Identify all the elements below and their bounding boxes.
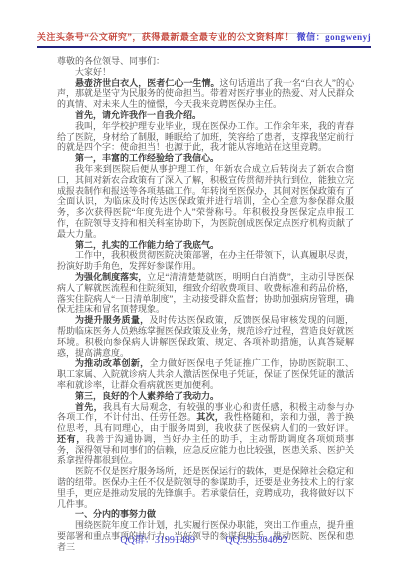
- paragraph-bold-segment: 第一，丰富的工作经验给了我信心。: [75, 153, 219, 163]
- qq-footer: QQ群：31991489 QQ:535304092: [0, 531, 408, 546]
- paragraph: 为强化制度落实，立足“清清楚楚就医，明明白白消费”，主动引导医保病人了解就医流程…: [57, 272, 354, 315]
- paragraph: 第一，丰富的工作经验给了我信心。: [57, 153, 354, 164]
- paragraph-text-segment: 工作中，我积极贯彻医院决策部署，在办主任带领下，认真履职尽责，扮演好助手角色，发…: [57, 250, 354, 271]
- paragraph-bold-segment: 为提升服务质量，: [75, 315, 149, 325]
- paragraph-text-segment: 医院不仅是医疗服务场所，还是医保运行的载体，更是保障社会稳定和谐的纽带。医保办主…: [57, 466, 354, 508]
- promo-header-wechat-text: 微信：gongwenyj: [297, 32, 372, 42]
- paragraph-text-segment: 大家好！: [75, 67, 111, 77]
- paragraph: 悬壶济世白衣人，医者仁心一生情。这句话道出了我一名“白衣人”的心声，那就是坚守为…: [57, 78, 354, 110]
- paragraph: 为推动改革创新，全力做好医保电子凭证推广工作，协助医院职工、职工家属、入院就诊病…: [57, 358, 354, 390]
- qq-number: QQ:535304092: [225, 535, 287, 546]
- paragraph-bold-segment: 悬壶济世白衣人，医者仁心一生情。: [75, 78, 220, 88]
- qq-group-number: QQ群：31991489: [120, 531, 194, 546]
- promo-header: 关注头条号“公文研究”，获得最新最全最专业的公文资料库！ 微信：gongweny…: [0, 27, 408, 48]
- paragraph: 首先，请允许我作一自我介绍。: [57, 110, 354, 121]
- paragraph-bold-segment: 第二，扎实的工作能力给了我底气。: [75, 240, 219, 250]
- paragraph: 尊敬的各位领导、同事们：: [57, 56, 354, 67]
- paragraph-text-segment: 尊敬的各位领导、同事们：: [57, 56, 165, 66]
- paragraph-bold-segment: 首先，: [75, 402, 103, 412]
- paragraph: 我年来到医院后便从事护理工作，年新农合成立后转岗去了新农合窗口，其间对新农合政策…: [57, 164, 354, 240]
- paragraph-text-segment: 我善于沟通协调，当好办主任的助手，主动帮助调度各项烦琐事务，深得领导和同事们的信…: [57, 434, 354, 466]
- paragraph: 一、分内的事努力做: [57, 509, 354, 520]
- paragraph-bold-segment: 一、分内的事努力做: [75, 509, 156, 519]
- paragraph-bold-segment: 其次，: [196, 412, 224, 422]
- paragraph-bold-segment: 首先，请允许我作一自我介绍。: [75, 110, 201, 120]
- paragraph-text-segment: 我年来到医院后便从事护理工作，年新农合成立后转岗去了新农合窗口，其间对新农合政策…: [57, 164, 354, 239]
- paragraph: 第三，良好的个人素养给了我动力。: [57, 391, 354, 402]
- promo-header-red-text: 关注头条号“公文研究”，获得最新最全最专业的公文资料库！: [37, 32, 294, 42]
- document-body: 尊敬的各位领导、同事们：大家好！悬壶济世白衣人，医者仁心一生情。这句话道出了我一…: [57, 56, 354, 553]
- paragraph-bold-segment: 为强化制度落实，: [75, 272, 147, 282]
- paragraph: 大家好！: [57, 67, 354, 78]
- paragraph-bold-segment: 第三，良好的个人素养给了我动力。: [75, 391, 219, 401]
- paragraph: 医院不仅是医疗服务场所，还是医保运行的载体，更是保障社会稳定和谐的纽带。医保办主…: [57, 466, 354, 509]
- paragraph-bold-segment: 为推动改革创新，: [75, 358, 149, 368]
- paragraph-bold-segment: 还有，: [57, 434, 86, 444]
- paragraph: 我叫，年学校护理专业毕业，现在医保办工作。工作余年来，我的青春给了医院，身材给了…: [57, 121, 354, 153]
- paragraph: 第二，扎实的工作能力给了我底气。: [57, 240, 354, 251]
- paragraph-text-segment: 我叫，年学校护理专业毕业，现在医保办工作。工作余年来，我的青春给了医院，身材给了…: [57, 121, 354, 153]
- paragraph: 工作中，我积极贯彻医院决策部署，在办主任带领下，认真履职尽责，扮演好助手角色，发…: [57, 250, 354, 272]
- document-page: 关注头条号“公文研究”，获得最新最全最专业的公文资料库！ 微信：gongweny…: [0, 0, 408, 580]
- paragraph: 为提升服务质量，及时传达医保政策，反馈医保局审核发现的问题，帮助临床医务人员熟练…: [57, 315, 354, 358]
- paragraph: 首先，我具有大局观念，有较强的事业心和责任感，积极主动参与办各项工作，不计付出、…: [57, 402, 354, 467]
- promo-header-underlined-text: 关注头条号“公文研究”，获得最新最全最专业的公文资料库！ 微信：gongweny…: [37, 30, 371, 48]
